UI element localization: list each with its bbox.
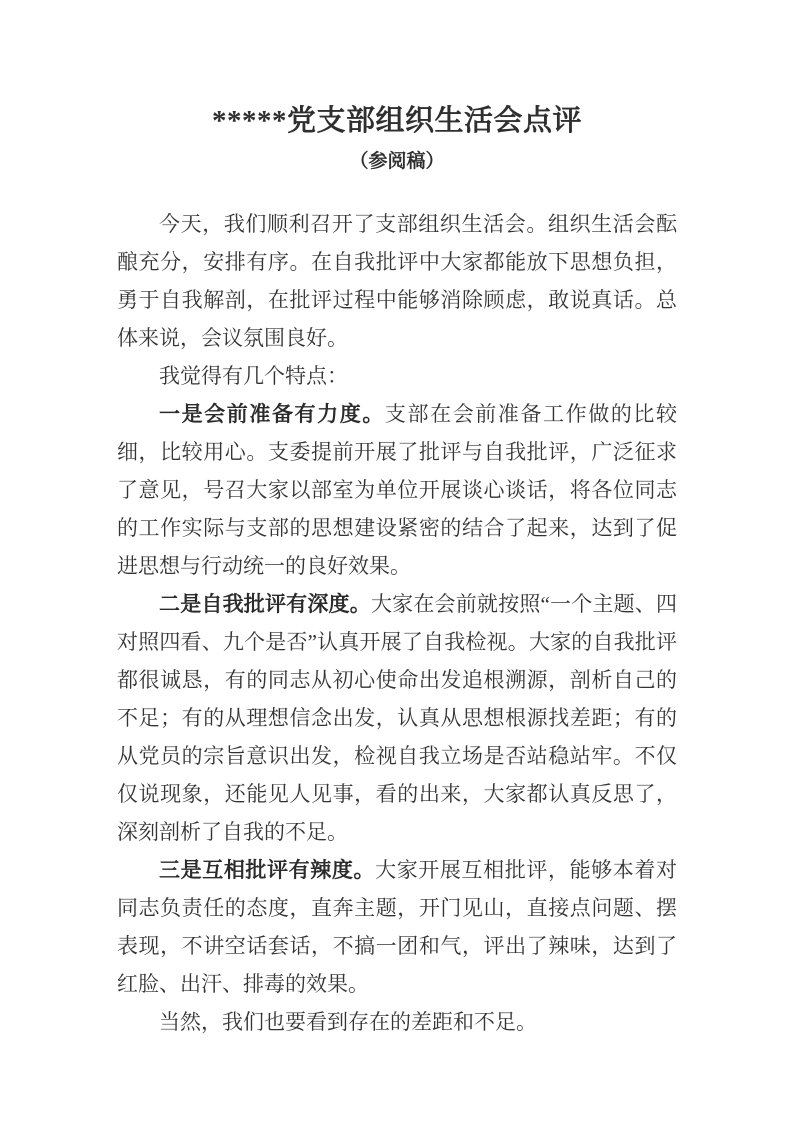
paragraph-text: 当然，我们也要看到存在的差距和不足。	[159, 1010, 537, 1034]
paragraph-text: 我觉得有几个特点：	[159, 364, 348, 388]
paragraph: 二是自我批评有深度。大家在会前就按照“一个主题、四对照四看、九个是否”认真开展了…	[117, 585, 677, 851]
paragraph: 今天，我们顺利召开了支部组织生活会。组织生活会酝酿充分，安排有序。在自我批评中大…	[117, 205, 677, 357]
document-body: 今天，我们顺利召开了支部组织生活会。组织生活会酝酿充分，安排有序。在自我批评中大…	[117, 205, 677, 1041]
paragraph-lead-text: 三是互相批评有辣度。	[159, 858, 375, 882]
paragraph: 三是互相批评有辣度。大家开展互相批评，能够本着对同志负责任的态度，直奔主题，开门…	[117, 851, 677, 1003]
paragraph-lead-text: 二是自我批评有深度。	[159, 592, 371, 616]
paragraph: 我觉得有几个特点：	[117, 357, 677, 395]
paragraph-text: 支部在会前准备工作做的比较细，比较用心。支委提前开展了批评与自我批评，广泛征求了…	[117, 402, 677, 578]
document-content: *****党支部组织生活会点评 （参阅稿） 今天，我们顺利召开了支部组织生活会。…	[117, 100, 677, 1041]
paragraph-text: 大家在会前就按照“一个主题、四对照四看、九个是否”认真开展了自我检视。大家的自我…	[117, 592, 677, 844]
document-subtitle: （参阅稿）	[117, 146, 677, 178]
document-page: *****党支部组织生活会点评 （参阅稿） 今天，我们顺利召开了支部组织生活会。…	[0, 0, 794, 1122]
paragraph: 一是会前准备有力度。支部在会前准备工作做的比较细，比较用心。支委提前开展了批评与…	[117, 395, 677, 585]
paragraph-lead-text: 一是会前准备有力度。	[159, 402, 385, 426]
paragraph: 当然，我们也要看到存在的差距和不足。	[117, 1003, 677, 1041]
paragraph-text: 今天，我们顺利召开了支部组织生活会。组织生活会酝酿充分，安排有序。在自我批评中大…	[117, 212, 677, 350]
document-title: *****党支部组织生活会点评	[117, 100, 677, 142]
